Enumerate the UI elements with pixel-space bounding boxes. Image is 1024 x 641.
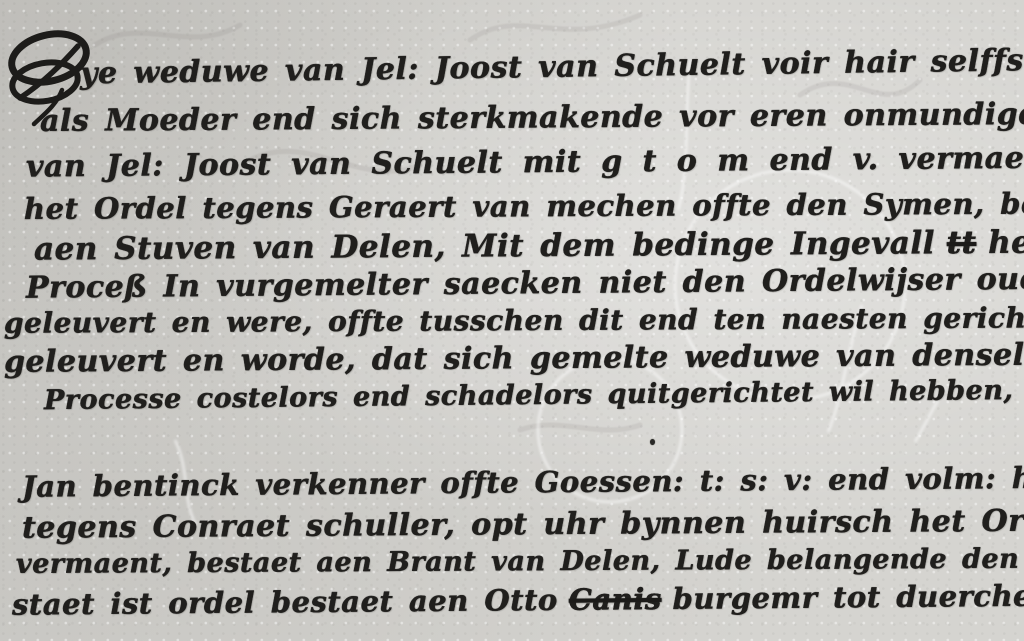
manuscript-page: ye weduwe van Jel: Joost van Schuelt voi… — [0, 0, 1024, 641]
manuscript-line: als Moeder end sich sterkmakende vor ere… — [40, 99, 1024, 137]
struck-out-word: Canis — [569, 582, 662, 617]
manuscript-line: van Jel: Joost van Schuelt mit g t o m e… — [26, 143, 1024, 182]
manuscript-line: aen Stuven van Delen, Mit dem bedinge In… — [34, 227, 1024, 265]
manuscript-text: burgemr tot duerchem — [672, 578, 1024, 615]
manuscript-line: geleuvert en worde, dat sich gemelte wed… — [4, 340, 1024, 378]
manuscript-line: Processe costelors end schadelors quitge… — [44, 377, 1014, 414]
manuscript-line: vermaent, bestaet aen Brant van Delen, L… — [16, 545, 1024, 578]
manuscript-text: staet ist ordel bestaet aen Otto — [12, 583, 558, 622]
manuscript-line: staet ist ordel bestaet aen OttoCanisbur… — [12, 581, 1024, 619]
manuscript-text: aen Stuven van Delen, Mit dem bedinge In… — [34, 225, 935, 267]
struck-out-word: tt — [947, 225, 977, 261]
manuscript-line: ye weduwe van Jel: Joost van Schuelt voi… — [80, 45, 1024, 90]
manuscript-line: het Ordel tegens Geraert van mechen offt… — [24, 189, 1024, 224]
manuscript-line: Jan bentinck verkenner offte Goessen: t:… — [22, 463, 1024, 501]
manuscript-text: het — [988, 224, 1024, 260]
manuscript-line: tegens Conraet schuller, opt uhr bynnen … — [22, 506, 1024, 543]
ink-spot — [650, 439, 655, 445]
manuscript-line: geleuvert en were, offte tusschen dit en… — [4, 304, 1024, 337]
manuscript-line: Proceß In vurgemelter saecken niet den O… — [26, 264, 1024, 303]
